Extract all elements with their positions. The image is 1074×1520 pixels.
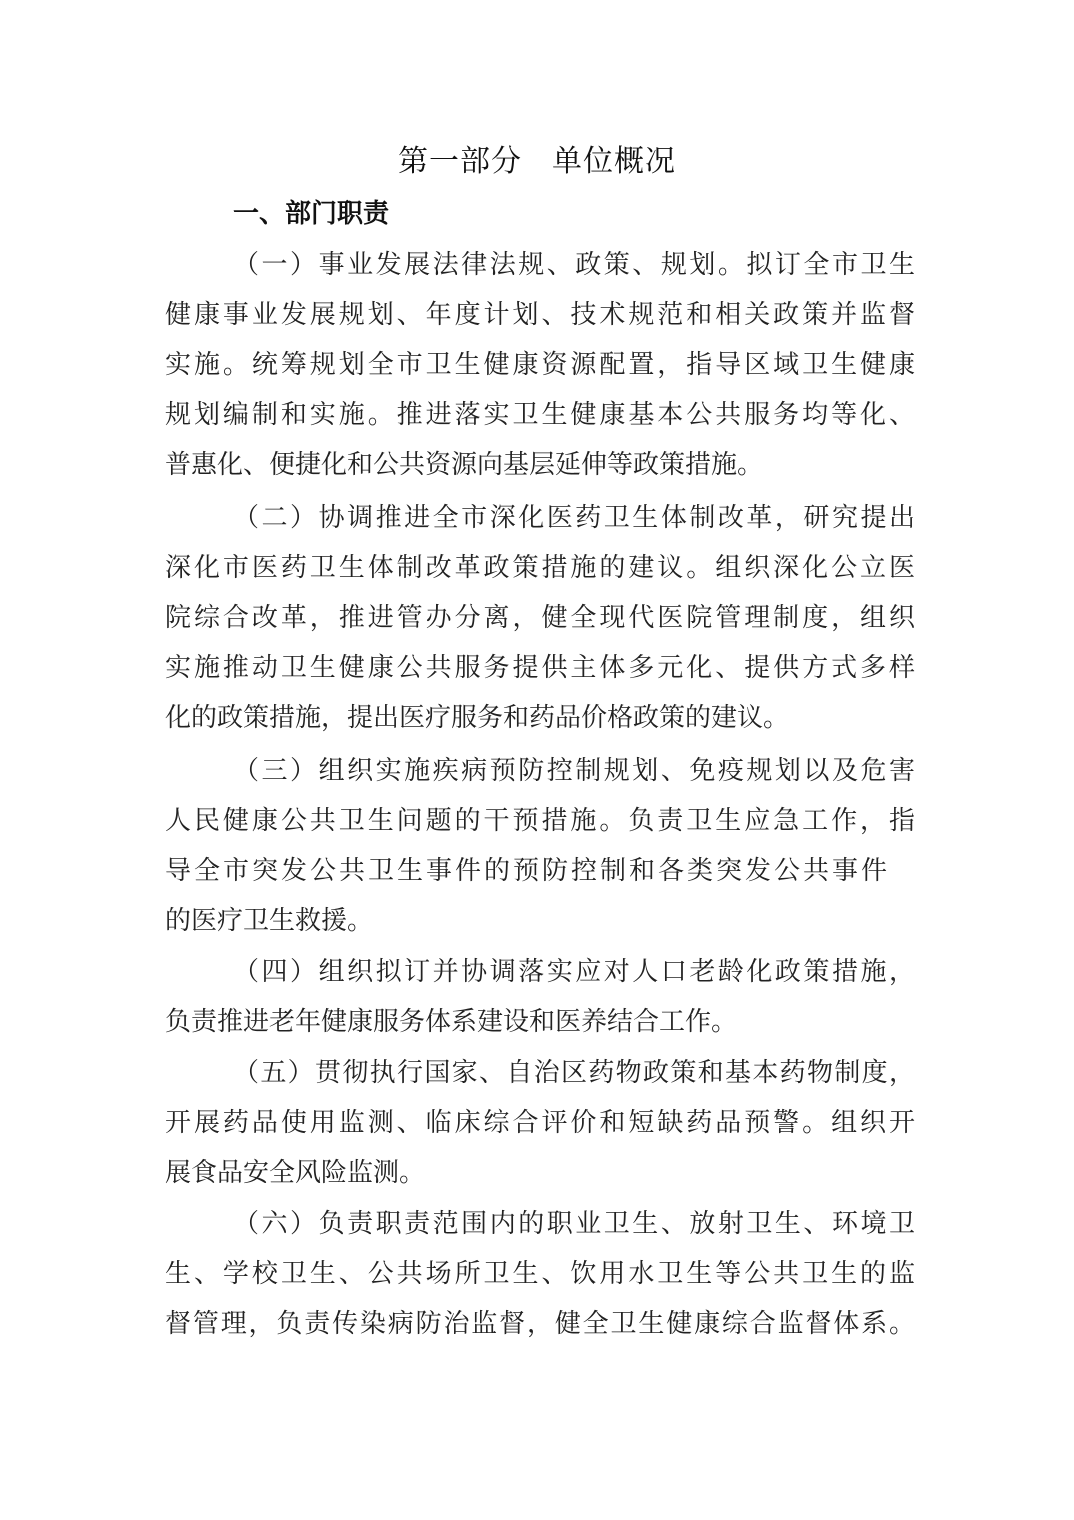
paragraph-4-line-1: （四）组织拟订并协调落实应对人口老龄化政策措施， — [233, 950, 915, 994]
paragraph-2-line-5: 化的政策措施，提出医疗服务和药品价格政策的建议。 — [165, 696, 915, 740]
paragraph-5-line-1: （五）贯彻执行国家、自治区药物政策和基本药物制度， — [233, 1051, 915, 1095]
paragraph-3-line-4: 的医疗卫生救援。 — [165, 899, 915, 943]
paragraph-2-line-1: （二）协调推进全市深化医药卫生体制改革，研究提出 — [233, 496, 915, 540]
section-heading: 一、部门职责 — [233, 194, 389, 234]
paragraph-3-line-2: 人民健康公共卫生问题的干预措施。负责卫生应急工作，指 — [165, 799, 915, 843]
paragraph-1-line-5: 普惠化、便捷化和公共资源向基层延伸等政策措施。 — [165, 443, 915, 487]
paragraph-1-line-4: 规划编制和实施。推进落实卫生健康基本公共服务均等化、 — [165, 393, 915, 437]
paragraph-3-line-3: 导全市突发公共卫生事件的预防控制和各类突发公共事件 — [165, 849, 887, 893]
paragraph-6-line-2: 生、学校卫生、公共场所卫生、饮用水卫生等公共卫生的监 — [165, 1252, 915, 1296]
title-name: 单位概况 — [552, 144, 676, 179]
paragraph-2-line-2: 深化市医药卫生体制改革政策措施的建议。组织深化公立医 — [165, 546, 915, 590]
paragraph-5-line-3: 展食品安全风险监测。 — [165, 1151, 915, 1195]
paragraph-5-line-2: 开展药品使用监测、临床综合评价和短缺药品预警。组织开 — [165, 1101, 915, 1145]
paragraph-6-line-1: （六）负责职责范围内的职业卫生、放射卫生、环境卫 — [233, 1202, 915, 1246]
paragraph-6-line-3: 督管理，负责传染病防治监督，健全卫生健康综合监督体系。 — [165, 1302, 915, 1346]
paragraph-1-line-1: （一）事业发展法律法规、政策、规划。拟订全市卫生 — [233, 243, 915, 287]
document-page: 第一部分单位概况 一、部门职责 （一）事业发展法律法规、政策、规划。拟订全市卫生… — [0, 0, 1074, 1520]
paragraph-2-line-4: 实施推动卫生健康公共服务提供主体多元化、提供方式多样 — [165, 646, 915, 690]
paragraph-3-line-1: （三）组织实施疾病预防控制规划、免疫规划以及危害 — [233, 749, 915, 793]
page-title: 第一部分单位概况 — [0, 140, 1074, 184]
title-part: 第一部分 — [398, 144, 522, 179]
paragraph-1-line-3: 实施。统筹规划全市卫生健康资源配置，指导区域卫生健康 — [165, 343, 915, 387]
paragraph-1-line-2: 健康事业发展规划、年度计划、技术规范和相关政策并监督 — [165, 293, 915, 337]
paragraph-4-line-2: 负责推进老年健康服务体系建设和医养结合工作。 — [165, 1000, 915, 1044]
paragraph-2-line-3: 院综合改革，推进管办分离，健全现代医院管理制度，组织 — [165, 596, 915, 640]
